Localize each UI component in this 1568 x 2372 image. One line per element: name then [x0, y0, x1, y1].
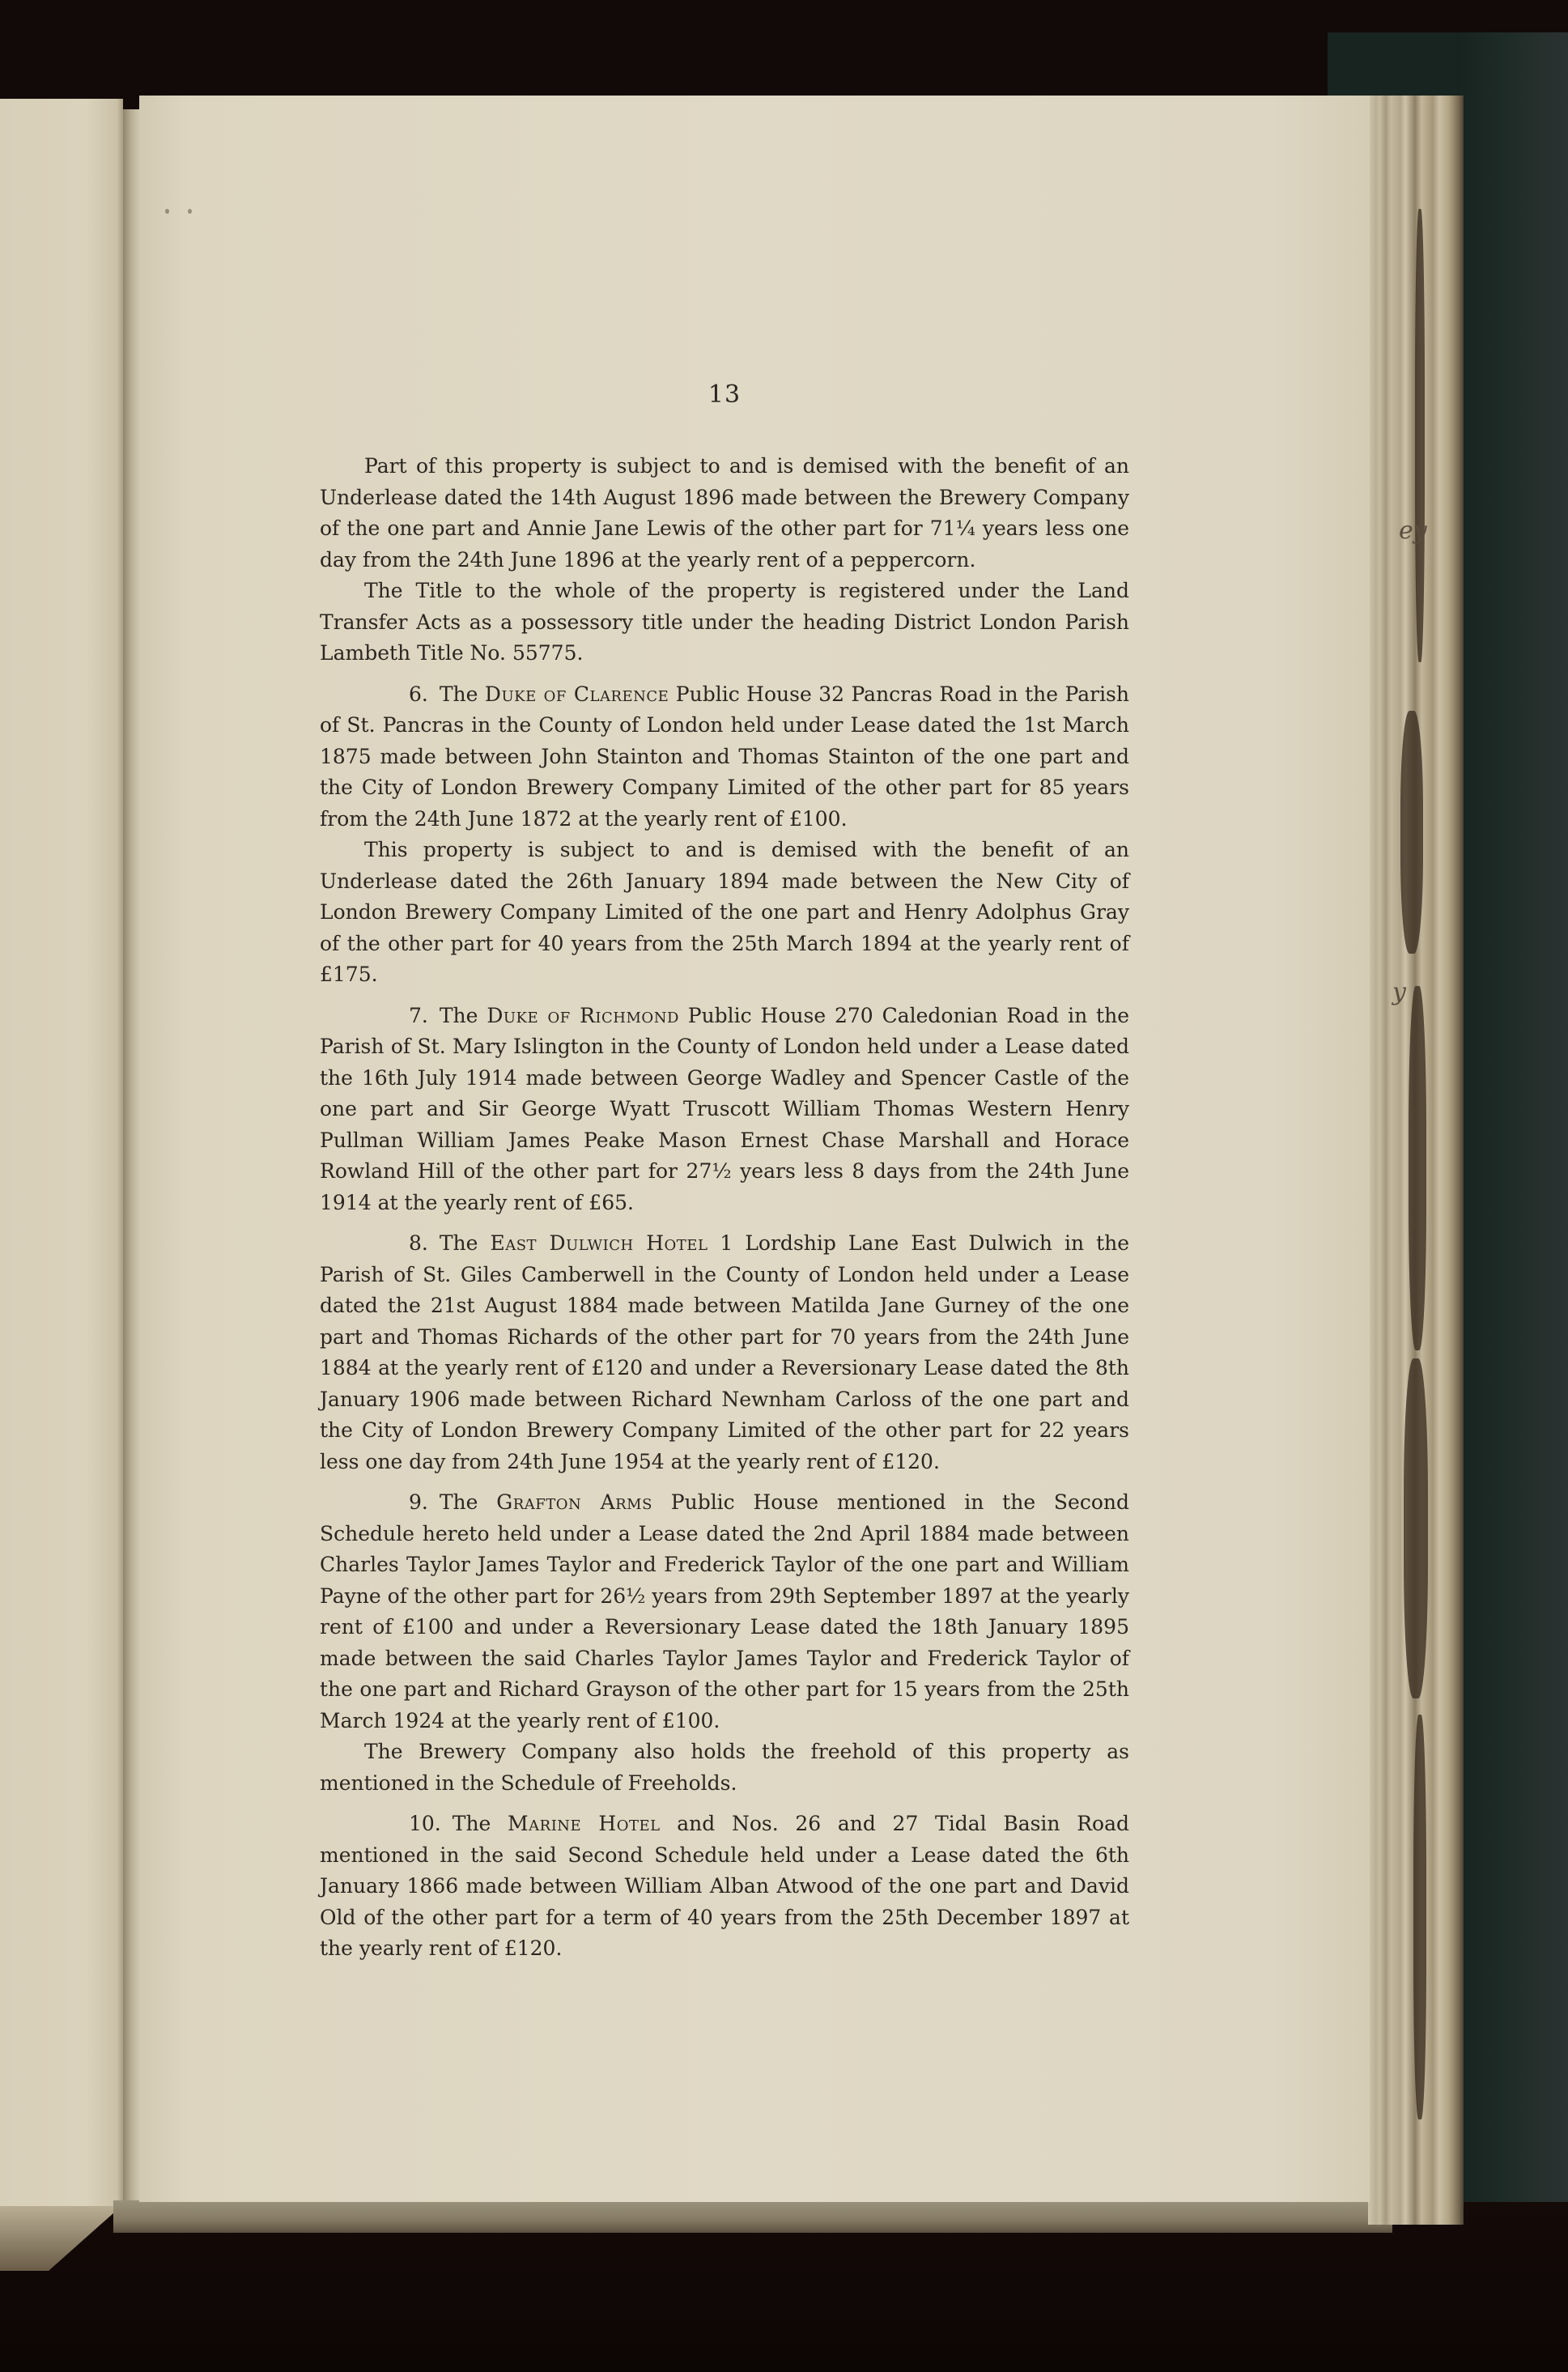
paragraph-text: Public House mentioned in the Second Sch… [320, 1490, 1129, 1732]
paragraph-text: Public House 270 Caledonian Road in the … [320, 1004, 1129, 1214]
stain-mark [1404, 1358, 1428, 1698]
book-gutter [123, 109, 139, 2202]
list-item-9: 9.The Grafton Arms Public House mentione… [320, 1487, 1129, 1736]
stain-mark [1400, 711, 1423, 954]
list-item-10: 10.The Marine Hotel and Nos. 26 and 27 T… [320, 1809, 1129, 1965]
item-prefix: The [440, 1490, 478, 1514]
paragraph-text: 1 Lordship Lane East Dulwich in the Pari… [320, 1231, 1129, 1473]
paragraph-text: Part of this property is subject to and … [320, 454, 1129, 572]
item-number: 7. [364, 1001, 428, 1032]
property-name: East Dulwich Hotel [490, 1231, 708, 1255]
paper-speck [165, 209, 169, 214]
paragraph-text: and Nos. 26 and 27 Tidal Basin Road ment… [320, 1812, 1129, 1960]
list-item-8: 8.The East Dulwich Hotel 1 Lordship Lane… [320, 1228, 1129, 1477]
stain-mark [1409, 986, 1426, 1350]
page-number: 13 [320, 380, 1129, 409]
paragraph-title-registration: The Title to the whole of the property i… [320, 576, 1129, 670]
stain-mark [1413, 1715, 1426, 2119]
property-name: Grafton Arms [496, 1490, 652, 1514]
paper-speck [188, 209, 192, 214]
book-cover-cloth-right [1457, 32, 1568, 2356]
list-item-7: 7.The Duke of Richmond Public House 270 … [320, 1001, 1129, 1219]
stain-mark [1415, 209, 1425, 662]
paragraph-text: This property is subject to and is demis… [320, 838, 1129, 986]
paragraph-underlease: Part of this property is subject to and … [320, 451, 1129, 576]
item-prefix: The [440, 1231, 478, 1255]
item-number: 6. [364, 679, 428, 711]
page-stack-right-edge: ey y [1368, 96, 1464, 2225]
item-prefix: The [453, 1812, 491, 1835]
paragraph-text: The Brewery Company also holds the freeh… [320, 1740, 1129, 1795]
page-stack-bottom-edge [113, 2200, 1392, 2233]
handwriting-fragment: ey [1399, 516, 1427, 545]
paragraph-item-6-underlease: This property is subject to and is demis… [320, 835, 1129, 991]
item-number: 10. [364, 1809, 441, 1840]
list-item-6: 6.The Duke of Clarence Public House 32 P… [320, 679, 1129, 835]
property-name: Duke of Richmond [487, 1004, 679, 1027]
property-name: Marine Hotel [508, 1812, 661, 1835]
item-number: 9. [364, 1487, 428, 1519]
paragraph-item-9-freehold: The Brewery Company also holds the freeh… [320, 1736, 1129, 1799]
item-prefix: The [440, 1004, 478, 1027]
item-number: 8. [364, 1228, 428, 1260]
property-name: Duke of Clarence [485, 682, 669, 706]
document-body: 13 Part of this property is subject to a… [320, 380, 1129, 1965]
left-page [0, 99, 123, 2212]
paragraph-text: The Title to the whole of the property i… [320, 579, 1129, 665]
item-prefix: The [440, 682, 478, 706]
handwriting-fragment: y [1392, 978, 1406, 1006]
